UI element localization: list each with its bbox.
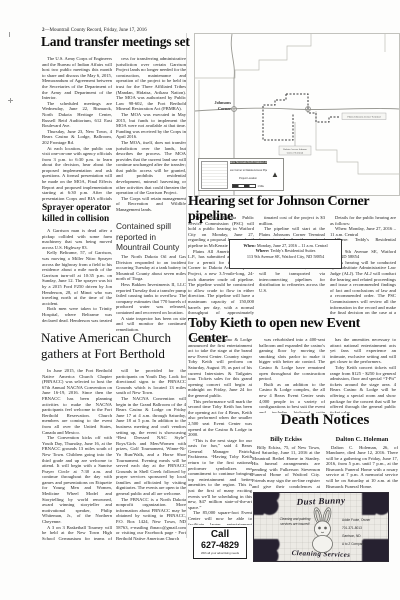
pipeline-route (263, 94, 340, 140)
nac-col2: will be provided for the participants on… (116, 368, 186, 540)
legend-subtitle: Johnson Corner to Dakota Access Pipeline (230, 169, 267, 172)
toby-col3: has the amenities necessary to attract n… (330, 337, 396, 413)
scale-label: 1 Mile (258, 185, 264, 188)
headline-land-transfer: Land transfer meetings set (41, 35, 191, 49)
infobox-where-label: Where: (256, 248, 270, 253)
toby-col2: was refurbished into a 400-seat ballroom… (259, 337, 325, 413)
terminal-label-1b: Corner Terminal (287, 151, 304, 154)
spill-text: The North Dakota Oil and Gas Division re… (116, 254, 186, 332)
masthead-text: —Mountrail County Record, Friday, June 1… (45, 28, 147, 33)
terminal-label-2: Plains Johnsons Corner Terminal (347, 116, 380, 119)
town-label: Corner (218, 106, 231, 111)
page-folio: 2—Mountrail County Record, Friday, June … (42, 28, 147, 33)
headline-death-notices: Death Notices (252, 412, 398, 429)
death-notice-name: Billy Eckiss (252, 436, 320, 443)
scale-bar (232, 184, 256, 188)
headline-spill: Contained spill reported in Mountrail Co… (116, 221, 188, 253)
newspaper-page: 2—Mountrail County Record, Friday, June … (0, 0, 400, 600)
headline-nac: Native American Church gathers at Fort B… (41, 330, 193, 362)
legend-title: Plains Terminals North Dakota LLC (230, 161, 267, 165)
dust-bunny-ad: Dust Bunny Cleaning Services Cleaning an… (253, 492, 389, 562)
toby-col1: The 4 Bears Casino & Lodge announced the… (188, 337, 252, 525)
triangle-logo: ▲ (269, 161, 282, 189)
column-rule (186, 33, 187, 538)
map-legend: Plains Terminals North Dakota LLC Johnso… (198, 158, 284, 191)
infobox-when-label: When: (243, 243, 255, 248)
land-transfer-col2: cess for transferring administrative jur… (116, 56, 186, 216)
sprayer-text: A Garrison man is dead after a pickup co… (42, 228, 112, 322)
death-notice-text: Dalton C. Holeman, 26, of Mandaree, died… (326, 445, 398, 489)
death-notice-text: Billy Eckiss, 75, of New Town, died Satu… (252, 445, 320, 489)
pipeline-map: Johnsons Corner Dakota Access Johnson Co… (194, 33, 400, 196)
infobox-when-value: Monday, June 27, 2016 – 11 a.m. Central (256, 243, 328, 248)
legend-inset-map (201, 161, 228, 189)
death-notice: Dalton C. Holeman Dalton C. Holeman, 26,… (326, 436, 398, 489)
nac-col1: In June 2015, the Fort Berthold Native A… (42, 368, 112, 540)
call-ad: Call 627-4829 With all your advertising … (193, 527, 247, 559)
town-label: Johnsons (214, 100, 231, 105)
legend-line3: Project Location (239, 177, 257, 180)
death-notice-name: Dalton C. Holeman (326, 436, 398, 443)
hearing-infobox: When: Monday, June 27, 2016 – 11 a.m. Ce… (229, 239, 342, 269)
registration-mark (10, 98, 11, 103)
headline-sprayer: Sprayer operator killed in collision (42, 203, 124, 225)
legend-scale: 1 Mile (232, 184, 264, 188)
infobox-where-value: Teddy's Residential Suites (269, 248, 315, 253)
land-transfer-col1: The U.S. Army Corps of Engineers and the… (42, 56, 112, 201)
call-ad-phone: 627-4829 (194, 541, 246, 551)
rabbit-illustration (306, 507, 340, 553)
registration-mark (9, 32, 10, 37)
ad-contact-block: Addie Foote, Owner701-371-8013Garrison, … (342, 515, 380, 550)
death-notice: Billy Eckiss Billy Eckiss, 75, of New To… (252, 436, 320, 489)
infobox-address: 113 9th Avenue SE, Watford City, ND 5885… (233, 254, 338, 260)
call-ad-tagline: With all your advertising needs (194, 551, 246, 555)
call-ad-line1: Call (194, 530, 246, 541)
